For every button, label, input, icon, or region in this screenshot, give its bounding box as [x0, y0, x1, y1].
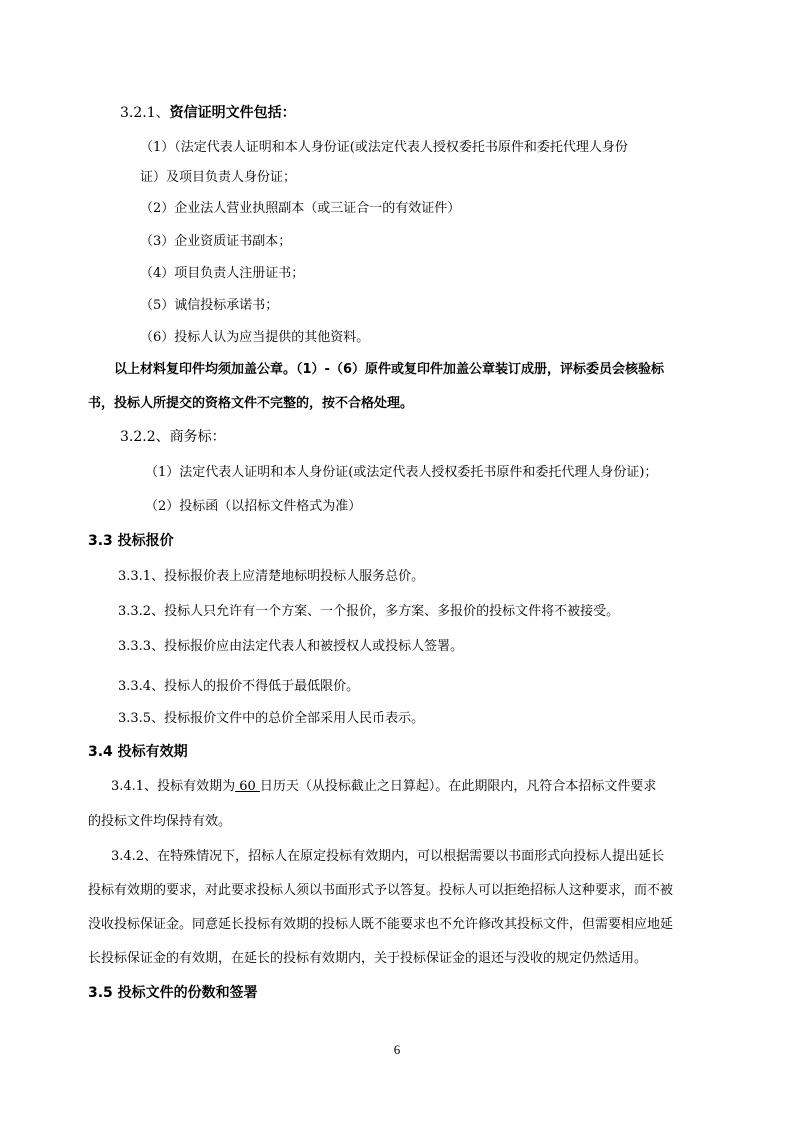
subsection-number: 3.2.2、: [120, 429, 170, 445]
section-heading-3-4: 3.4 投标有效期: [88, 744, 188, 760]
list-item: 3.3.2、投标人只允许有一个方案、一个报价，多方案、多报价的投标文件将不被接受…: [118, 604, 619, 620]
validity-days: 60: [235, 779, 260, 794]
subsection-title: 资信证明文件包括：: [170, 105, 296, 121]
subsection-heading-3-2-2: 3.2.2、商务标：: [120, 429, 226, 445]
note-line: 书，投标人所提交的资格文件不完整的，按不合格处理。: [88, 396, 413, 412]
list-item: 3.3.4、投标人的报价不得低于最低限价。: [118, 679, 359, 695]
list-item: 3.3.5、投标报价文件中的总价全部采用人民币表示。: [118, 711, 424, 727]
subsection-title: 商务标：: [170, 429, 226, 445]
list-item: （4）项目负责人注册证书；: [140, 266, 304, 282]
list-item: （2）企业法人营业执照副本（或三证合一的有效证件）: [140, 201, 460, 217]
list-item: 3.3.3、投标报价应由法定代表人和被授权人或投标人签署。: [118, 639, 463, 655]
paragraph-continuation: 投标有效期的要求，对此要求投标人须以书面形式予以答复。投标人可以拒绝招标人这种要…: [88, 883, 673, 899]
list-item: （5）诚信投标承诺书；: [140, 298, 278, 314]
list-item: （1）法定代表人证明和本人身份证(或法定代表人授权委托书原件和委托代理人身份证)…: [145, 465, 657, 481]
paragraph-3-4-1: 3.4.1、投标有效期为 60 日历天（从投标截止之日算起）。在此期限内，凡符合…: [111, 779, 656, 795]
section-heading-3-5: 3.5 投标文件的份数和签署: [88, 985, 258, 1001]
section-heading-3-3: 3.3 投标报价: [88, 533, 174, 549]
list-item: （2）投标函（以招标文件格式为准）: [145, 499, 361, 515]
subsection-number: 3.2.1、: [120, 105, 170, 121]
page-number: 6: [0, 1042, 794, 1058]
list-item: 3.3.1、投标报价表上应清楚地标明投标人服务总价。: [118, 569, 424, 585]
paragraph-text: 日历天（从投标截止之日算起）。在此期限内，凡符合本招标文件要求: [260, 779, 657, 794]
list-item: （1）（法定代表人证明和本人身份证(或法定代表人授权委托书原件和委托代理人身份: [140, 140, 628, 156]
list-item: （6）投标人认为应当提供的其他资料。: [140, 330, 369, 346]
paragraph-continuation: 没收投标保证金。同意延长投标有效期的投标人既不能要求也不允许修改其投标文件，但需…: [88, 917, 673, 933]
list-item: （3）企业资质证书副本；: [140, 234, 291, 250]
paragraph-text: 3.4.1、投标有效期为: [111, 779, 235, 794]
paragraph-3-4-2: 3.4.2、在特殊情况下，招标人在原定投标有效期内，可以根据需要以书面形式向投标…: [111, 849, 664, 865]
list-item-continuation: 证）及项目负责人身份证；: [140, 170, 296, 186]
paragraph-continuation: 长投标保证金的有效期，在延长的投标有效期内，关于投标保证金的退还与没收的规定仍然…: [88, 951, 647, 967]
subsection-heading-3-2-1: 3.2.1、资信证明文件包括：: [120, 105, 296, 121]
note-line: 以上材料复印件均须加盖公章。（1）-（6）原件或复印件加盖公章装订成册，评标委员…: [114, 362, 664, 378]
paragraph-continuation: 的投标文件均保持有效。: [88, 814, 231, 830]
